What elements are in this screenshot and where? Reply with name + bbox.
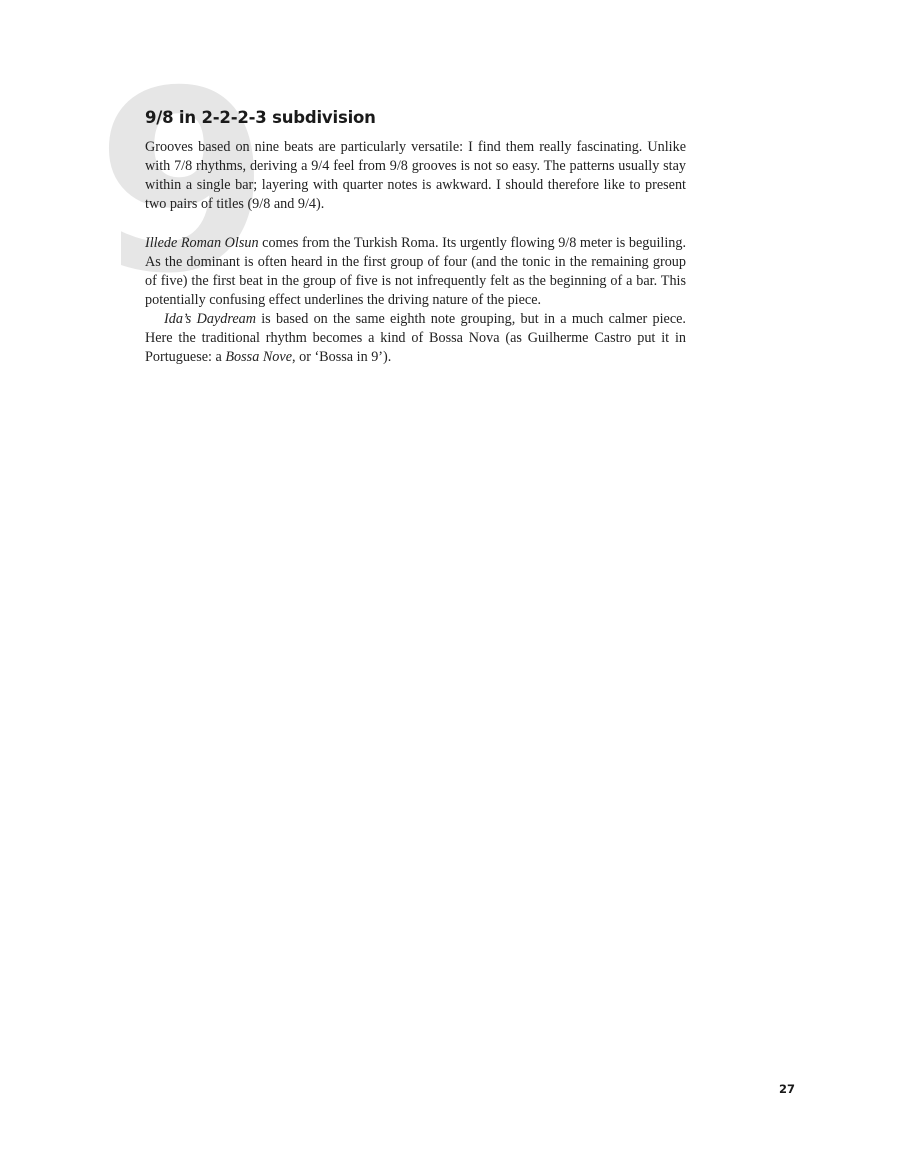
paragraph-text-end: , or ‘Bossa in 9’). [292, 349, 391, 365]
book-page: 9 9/8 in 2-2-2-3 subdivision Grooves bas… [0, 0, 900, 1163]
pieces-paragraph-block: Illede Roman Olsun comes from the Turkis… [145, 234, 686, 367]
title-idas-daydream: Ida’s Daydream [164, 311, 256, 327]
paragraph-idas-daydream: Ida’s Daydream is based on the same eigh… [145, 310, 686, 367]
title-illede-roman-olsun: Illede Roman Olsun [145, 235, 259, 251]
intro-paragraph-block: Grooves based on nine beats are particul… [145, 138, 686, 214]
page-number: 27 [779, 1082, 795, 1096]
term-bossa-nove: Bossa Nove [225, 349, 292, 365]
paragraph-illede-roman-olsun: Illede Roman Olsun comes from the Turkis… [145, 234, 686, 310]
section-heading: 9/8 in 2-2-2-3 subdivision [145, 108, 376, 127]
paragraph-intro: Grooves based on nine beats are particul… [145, 138, 686, 214]
